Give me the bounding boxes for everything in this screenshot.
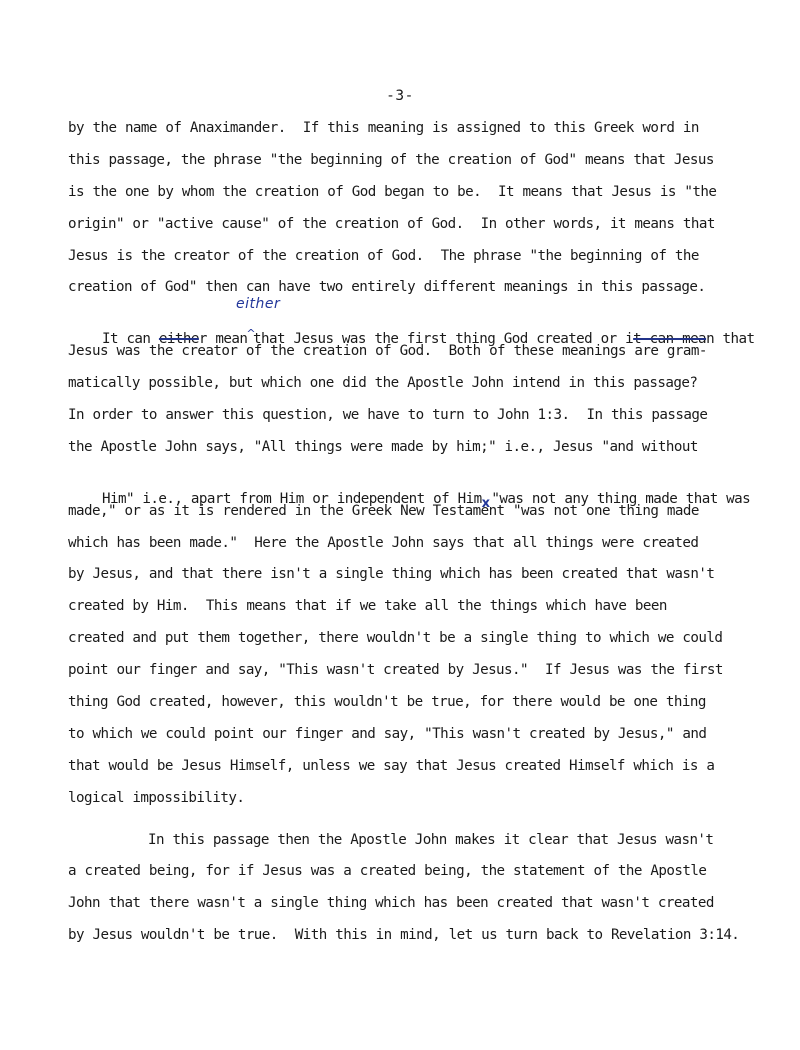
text-line: by the name of Anaximander. If this mean…	[68, 118, 768, 150]
text-line: point our finger and say, "This wasn't c…	[68, 660, 768, 692]
marked-text-line: Him" i.e., apart from Him or independent…	[68, 469, 768, 501]
text-line: made," or as it is rendered in the Greek…	[68, 501, 768, 533]
text-line: by Jesus wouldn't be true. With this in …	[68, 925, 768, 957]
text-line: Jesus is the creator of the creation of …	[68, 246, 768, 278]
text-line: which has been made." Here the Apostle J…	[68, 533, 768, 565]
text-line: In this passage then the Apostle John ma…	[68, 830, 768, 862]
edited-text-line: eitherIt can either mean^that Jesus was …	[68, 309, 768, 341]
text-line: a created being, for if Jesus was a crea…	[68, 861, 768, 893]
text-line: to which we could point our finger and s…	[68, 724, 768, 756]
paragraph-gap	[68, 820, 768, 830]
text-line: created by Him. This means that if we ta…	[68, 596, 768, 628]
text-line: Jesus was the creator of the creation of…	[68, 341, 768, 373]
text-line: thing God created, however, this wouldn'…	[68, 692, 768, 724]
text-line: logical impossibility.	[68, 788, 768, 820]
page-number: -3-	[0, 88, 800, 104]
handwritten-insertion: either	[236, 294, 280, 314]
document-body: by the name of Anaximander. If this mean…	[68, 118, 768, 957]
text-line: John that there wasn't a single thing wh…	[68, 893, 768, 925]
text-line: by Jesus, and that there isn't a single …	[68, 564, 768, 596]
text-line: In order to answer this question, we hav…	[68, 405, 768, 437]
text-line: created and put them together, there wou…	[68, 628, 768, 660]
text-line: this passage, the phrase "the beginning …	[68, 150, 768, 182]
text-line: is the one by whom the creation of God b…	[68, 182, 768, 214]
text-line: creation of God" then can have two entir…	[68, 277, 768, 309]
text-line: that would be Jesus Himself, unless we s…	[68, 756, 768, 788]
text-line: the Apostle John says, "All things were …	[68, 437, 768, 469]
text-line: matically possible, but which one did th…	[68, 373, 768, 405]
text-line: origin" or "active cause" of the creatio…	[68, 214, 768, 246]
